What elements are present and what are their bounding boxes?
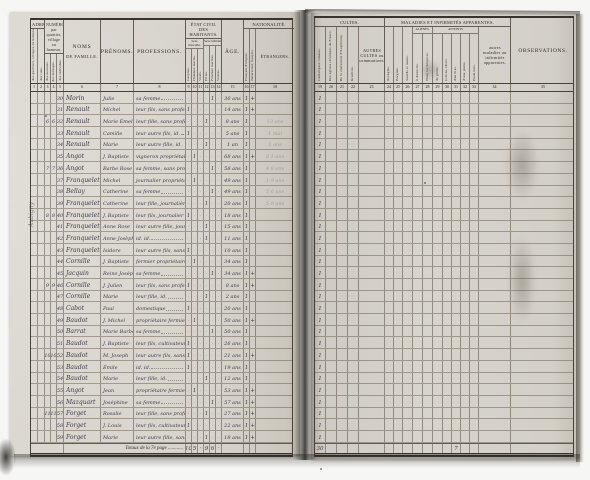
cell-maladie (394, 162, 403, 173)
scan-speck (320, 468, 322, 470)
cell-maladie (433, 115, 443, 126)
cell-maladie (461, 104, 470, 115)
column-number: 7 (101, 84, 134, 91)
cell-culte-catholique: 1 (315, 244, 326, 255)
cell-hameau (31, 139, 38, 150)
totals-infirmites: 7 (452, 444, 461, 453)
cell-rue (38, 104, 45, 115)
cell-maladie (461, 326, 470, 337)
cell-maladie (461, 127, 470, 138)
header-subgroup-sexe-feminin: Sexe féminin. Filles. Femmes mariées. Ve… (204, 39, 222, 83)
cell-maladie (348, 104, 359, 115)
cell-maladie (470, 115, 479, 126)
cell-maladie (385, 162, 394, 173)
cell-maladie (470, 279, 479, 290)
cell-maladie (461, 419, 470, 430)
table-row: 1 (315, 373, 573, 385)
cell-maladie (413, 337, 423, 348)
cell-maladie (337, 349, 348, 360)
column-number: 21 (337, 84, 348, 91)
cell-numero-individu: 56 (57, 396, 64, 407)
cell-maladie (337, 256, 348, 267)
cell-maladie (394, 197, 403, 208)
cell-numero-individu: 45 (57, 267, 64, 278)
cell-maladie (385, 127, 394, 138)
cell-nom: Bellay (64, 186, 101, 197)
cell-maladie (385, 408, 394, 419)
cell-maladie (443, 127, 452, 138)
cell-maladie (359, 361, 385, 372)
cell-numero-individu: 46 (57, 279, 64, 290)
cell-etranger (256, 279, 294, 290)
cell-etranger: 8 1 ans (256, 150, 294, 161)
cell-etranger (256, 267, 294, 278)
cell-numero-individu: 34 (57, 139, 64, 150)
cell-nom: Renault (64, 104, 101, 115)
cell-maladie (394, 127, 403, 138)
cell-maladie (423, 221, 433, 232)
cell-maladie (403, 162, 413, 173)
cell-hameau (31, 174, 38, 185)
cell-profession: fermier propriétaire (134, 256, 186, 267)
cell-maladie (394, 256, 403, 267)
cell-maladie (403, 104, 413, 115)
cell-maladie (461, 302, 470, 313)
cell-maladie (326, 349, 337, 360)
cell-age: 20 ans (222, 197, 244, 208)
cell-maladie (413, 396, 423, 407)
cell-age: 50 ans (222, 326, 244, 337)
cell-maladie (394, 291, 403, 302)
cell-nom: Angot (64, 150, 101, 161)
cell-maladie (348, 174, 359, 185)
cell-hameau (31, 431, 38, 442)
cell-maladie (423, 408, 433, 419)
cell-maladie (394, 302, 403, 313)
cell-maladie (337, 221, 348, 232)
cell-maladie (479, 361, 511, 372)
cell-maladie (385, 174, 394, 185)
cell-maladie (394, 150, 403, 161)
cell-prenom: Reine Josèphe (101, 267, 134, 278)
cell-observations (511, 337, 575, 348)
cell-maladie (443, 408, 452, 419)
cell-maladie (452, 267, 461, 278)
cell-maladie (394, 174, 403, 185)
cell-maladie (413, 431, 423, 442)
cell-maladie (470, 186, 479, 197)
column-number-strip-left: 123456789101112131415161718 (31, 84, 292, 92)
cell-numero-individu: 51 (57, 337, 64, 348)
cell-etranger (256, 326, 294, 337)
header-group-adresse: ADRESSE des quartiers, villages ou hamea… (31, 20, 45, 83)
column-number: 33 (470, 84, 479, 91)
header-group-nationalite: NATIONALITÉ. Français d'origine. Natural… (244, 20, 294, 83)
cell-maladie (443, 326, 452, 337)
cell-maladie (433, 267, 443, 278)
cell-maladie (433, 337, 443, 348)
cell-observations (511, 408, 575, 419)
cell-maladie (403, 373, 413, 384)
cell-maladie (479, 221, 511, 232)
cell-etranger (256, 408, 294, 419)
cell-maladie (461, 408, 470, 419)
cell-maladie (326, 267, 337, 278)
totals-cell (326, 444, 337, 453)
cell-maladie (326, 115, 337, 126)
cell-age: 68 ans (222, 150, 244, 161)
cell-maladie (479, 349, 511, 360)
cell-maladie (443, 174, 452, 185)
cell-etranger (256, 384, 294, 395)
cell-maladie (423, 244, 433, 255)
cell-maladie (385, 104, 394, 115)
totals-cell (413, 444, 423, 453)
cell-numero-individu: 57 (57, 408, 64, 419)
cell-maladie (337, 232, 348, 243)
cell-profession: sa femme (134, 186, 186, 197)
cell-maladie (452, 431, 461, 442)
cell-maladie (337, 396, 348, 407)
totals-catholiques: 30 (315, 444, 326, 453)
cell-profession: sa femme (134, 92, 186, 103)
header-col-etrangers: ÉTRANGERS. (256, 29, 294, 83)
cell-maladie (359, 221, 385, 232)
cell-rue (38, 221, 45, 232)
cell-age: 49 ans (222, 186, 244, 197)
cell-maladie (348, 209, 359, 220)
cell-maladie (479, 256, 511, 267)
cell-culte-catholique: 1 (315, 396, 326, 407)
cell-maladie (326, 150, 337, 161)
totals-etranger (256, 444, 294, 453)
dotted-leader (151, 367, 183, 369)
table-row: 45JacquinReine Josèphesa femme····1·34 a… (31, 267, 292, 279)
header-col-quartiers: des quartiers, villages ou hameaux. (31, 29, 38, 83)
cell-maladie (413, 326, 423, 337)
column-number: 24 (385, 84, 394, 91)
column-number: 23 (359, 84, 385, 91)
cell-maladie (403, 384, 413, 395)
cell-maladie (403, 232, 413, 243)
cell-culte-catholique: 1 (315, 221, 326, 232)
cell-culte-catholique: 1 (315, 361, 326, 372)
cell-numero-individu: 35 (57, 150, 64, 161)
cell-profession: journalier propriétaire (134, 174, 186, 185)
cell-maladie (348, 361, 359, 372)
cell-hameau (31, 373, 38, 384)
cell-nom: Morin (64, 92, 101, 103)
cell-maladie (413, 127, 423, 138)
cell-maladie (443, 162, 452, 173)
header-cultes-title: CULTES. (315, 18, 384, 27)
cell-maladie (385, 419, 394, 430)
cell-culte-catholique: 1 (315, 127, 326, 138)
cell-maladie (423, 361, 433, 372)
cell-numero-individu: 52 (57, 349, 64, 360)
cell-rue (38, 186, 45, 197)
cell-maladie (470, 139, 479, 150)
cell-age: 14 ans (222, 104, 244, 115)
cell-age: 21 ans (222, 349, 244, 360)
cell-maladie (433, 314, 443, 325)
cell-spacer (31, 444, 64, 453)
cell-maladie (385, 150, 394, 161)
cell-maladie (359, 302, 385, 313)
cell-maladie (470, 127, 479, 138)
cell-etranger: 13 ans (256, 115, 294, 126)
cell-maladie (394, 209, 403, 220)
cell-maladie (385, 361, 394, 372)
cell-maladie (348, 139, 359, 150)
cell-maladie (326, 384, 337, 395)
cell-maladie (359, 174, 385, 185)
totals-cell (385, 444, 394, 453)
cell-prenom: J. Julien (101, 279, 134, 290)
cell-numero-individu: 54 (57, 373, 64, 384)
cell-maladie (461, 291, 470, 302)
table-row: 1 (315, 361, 573, 373)
header-nationalite-title: NATIONALITÉ. (244, 20, 294, 29)
cell-nom: Renault (64, 139, 101, 150)
cell-maladie (394, 139, 403, 150)
cell-maladie (394, 267, 403, 278)
cell-maladie (461, 139, 470, 150)
scan-speck (424, 182, 426, 184)
cell-maladie (433, 186, 443, 197)
cell-numero-individu: 36 (57, 162, 64, 173)
header-col-age: ÂGE. (222, 20, 244, 83)
cell-prenom: J. Baptiste (101, 150, 134, 161)
cell-maladie (403, 127, 413, 138)
cell-maladie (423, 419, 433, 430)
cell-maladie (403, 408, 413, 419)
cell-maladie (443, 256, 452, 267)
cell-maladie (433, 92, 443, 103)
cell-maladie (348, 396, 359, 407)
cell-maladie (470, 337, 479, 348)
cell-maladie (337, 115, 348, 126)
cell-culte-catholique: 1 (315, 408, 326, 419)
cell-maladie (326, 221, 337, 232)
cell-maladie (359, 408, 385, 419)
cell-maladie (337, 291, 348, 302)
cell-maladie (433, 150, 443, 161)
cell-maladie (461, 221, 470, 232)
header-col-observations: OBSERVATIONS. (511, 18, 575, 83)
table-row: 8840FranqueletJ. Baptisteleur fils, jour… (31, 209, 292, 221)
cell-prenom: Anne Rose (101, 221, 134, 232)
cell-maladie (348, 162, 359, 173)
cell-numero-individu: 48 (57, 302, 64, 313)
cell-rue (38, 139, 45, 150)
cell-etranger (256, 302, 294, 313)
cell-maladie (326, 256, 337, 267)
cell-etranger (256, 314, 294, 325)
cell-maladie (413, 209, 423, 220)
cell-nom: Baudot (64, 349, 101, 360)
cell-maladie (359, 431, 385, 442)
cell-maladie (413, 256, 423, 267)
cell-maladie (433, 232, 443, 243)
cell-maladie (443, 314, 452, 325)
cell-maladie (359, 326, 385, 337)
cell-maladie (423, 139, 433, 150)
cell-observations (511, 92, 575, 103)
cell-maladie (403, 267, 413, 278)
cell-profession: leur autre fils, id. (134, 127, 186, 138)
table-row: 37FranqueletMicheljournalier propriétair… (31, 174, 292, 186)
cell-nom: Franquelet (64, 244, 101, 255)
column-number: 35 (511, 84, 575, 91)
cell-maladie (423, 162, 433, 173)
cell-maladie (461, 373, 470, 384)
cell-rue (38, 419, 45, 430)
cell-culte-catholique: 1 (315, 384, 326, 395)
header-col-pieds-bots: Pieds bots. (470, 34, 479, 83)
cell-maladie (394, 373, 403, 384)
cell-maladie (348, 326, 359, 337)
cell-rue (38, 431, 45, 442)
cell-maladie (403, 302, 413, 313)
cell-observations (511, 396, 575, 407)
cell-maladie (337, 104, 348, 115)
cell-maladie (359, 384, 385, 395)
cell-maladie (348, 244, 359, 255)
table-row: 38BellayCatherinesa femme····1·49 ans15 … (31, 186, 292, 198)
cell-numero-individu: 38 (57, 186, 64, 197)
cell-nom: Barrat (64, 326, 101, 337)
column-number: 8 (134, 84, 186, 91)
cell-profession: leur fille, id. (134, 291, 186, 302)
cell-maladie (326, 419, 337, 430)
column-number: 31 (452, 84, 461, 91)
dotted-leader (161, 192, 183, 194)
cell-maladie (403, 349, 413, 360)
scan-background: { "colors":{"paper":"#d7d4cc","print_ink… (0, 0, 590, 480)
totals-label: Totaux de la 7e page ............ (64, 444, 186, 453)
cell-age: 26 ans (222, 337, 244, 348)
cell-maladie (359, 314, 385, 325)
cell-maladie (433, 431, 443, 442)
cell-maladie (479, 232, 511, 243)
dotted-leader (151, 238, 183, 240)
cell-prenom: Marie Émel. (101, 115, 134, 126)
cell-maladie (403, 419, 413, 430)
cell-maladie (452, 373, 461, 384)
cell-age: 1 an (222, 139, 244, 150)
cell-hameau (31, 104, 38, 115)
cell-prenom: Camille (101, 127, 134, 138)
header-col-israelites: Israélites. (348, 27, 359, 83)
cell-etranger (256, 244, 294, 255)
header-group-cultes: CULTES. Catholiques romains. Des églises… (315, 18, 385, 83)
cell-prenom: Anne Josèphe (101, 232, 134, 243)
cell-maladie (385, 279, 394, 290)
cell-prenom: Barbe Rose (101, 162, 134, 173)
cell-maladie (433, 361, 443, 372)
cell-maladie (337, 127, 348, 138)
cell-maladie (337, 209, 348, 220)
cell-maladie (461, 244, 470, 255)
cell-age: 49 ans (222, 174, 244, 185)
cell-profession: id. id. (134, 361, 186, 372)
cell-maladie (452, 326, 461, 337)
cell-maladie (413, 279, 423, 290)
cell-maladie (394, 314, 403, 325)
cell-maladie (423, 384, 433, 395)
cell-culte-catholique: 1 (315, 115, 326, 126)
cell-maladie (394, 186, 403, 197)
cell-etranger: 1 mai (256, 127, 294, 138)
cell-maladie (461, 361, 470, 372)
cell-maladie (470, 396, 479, 407)
cell-culte-catholique: 1 (315, 291, 326, 302)
cell-maladie (326, 232, 337, 243)
cell-maladie (413, 197, 423, 208)
cell-maladie (470, 232, 479, 243)
cell-rue (38, 197, 45, 208)
cell-maladie (443, 232, 452, 243)
cell-hameau (31, 337, 38, 348)
cell-rue (38, 174, 45, 185)
header-etat-civil-title: ÉTAT CIVILDES HABITANTS. (186, 20, 221, 39)
cell-numero-individu: 40 (57, 209, 64, 220)
cell-maladie (394, 349, 403, 360)
cell-hameau (31, 150, 38, 161)
cell-age: 18 ans (222, 209, 244, 220)
cell-prenom: J. Baptiste (101, 337, 134, 348)
cell-maladie (433, 279, 443, 290)
cell-maladie (385, 291, 394, 302)
cell-maladie (470, 384, 479, 395)
cell-rue (38, 361, 45, 372)
cell-observations (511, 221, 575, 232)
column-number: 5 (57, 84, 64, 91)
cell-maladie (443, 267, 452, 278)
cell-etranger (256, 232, 294, 243)
cell-numero-individu: 50 (57, 326, 64, 337)
cell-maladie (452, 139, 461, 150)
cell-maladie (470, 150, 479, 161)
cell-maladie (423, 337, 433, 348)
cell-maladie (337, 373, 348, 384)
cell-maladie (423, 431, 433, 442)
column-number: 15 (222, 84, 244, 91)
table-row: 34RenaultMarieleur autre fille, id.···1·… (31, 139, 292, 151)
cell-observations (511, 373, 575, 384)
cell-rue (38, 150, 45, 161)
totals-cell (511, 444, 575, 453)
table-row: 1 (315, 115, 573, 127)
cell-maladie (348, 337, 359, 348)
cell-maladie (359, 349, 385, 360)
cell-prenom: J. Michel (101, 314, 134, 325)
cell-maladie (348, 373, 359, 384)
cell-maladie (394, 384, 403, 395)
cell-etranger (256, 256, 294, 267)
table-body-left: 30MorinJuliesa femme····1·30 ans1+31Rena… (31, 92, 292, 443)
cell-numero-individu: 43 (57, 244, 64, 255)
cell-rue (38, 127, 45, 138)
cell-maladie (385, 244, 394, 255)
cell-rue (38, 279, 45, 290)
header-col-augsbourg: De la confession d'Augsbourg. (337, 27, 348, 83)
cell-maladie (326, 291, 337, 302)
column-number: 34 (479, 84, 511, 91)
table-row: 9946CornilleJ. Julienleur fils, sans pro… (31, 279, 292, 291)
cell-maladie (359, 291, 385, 302)
